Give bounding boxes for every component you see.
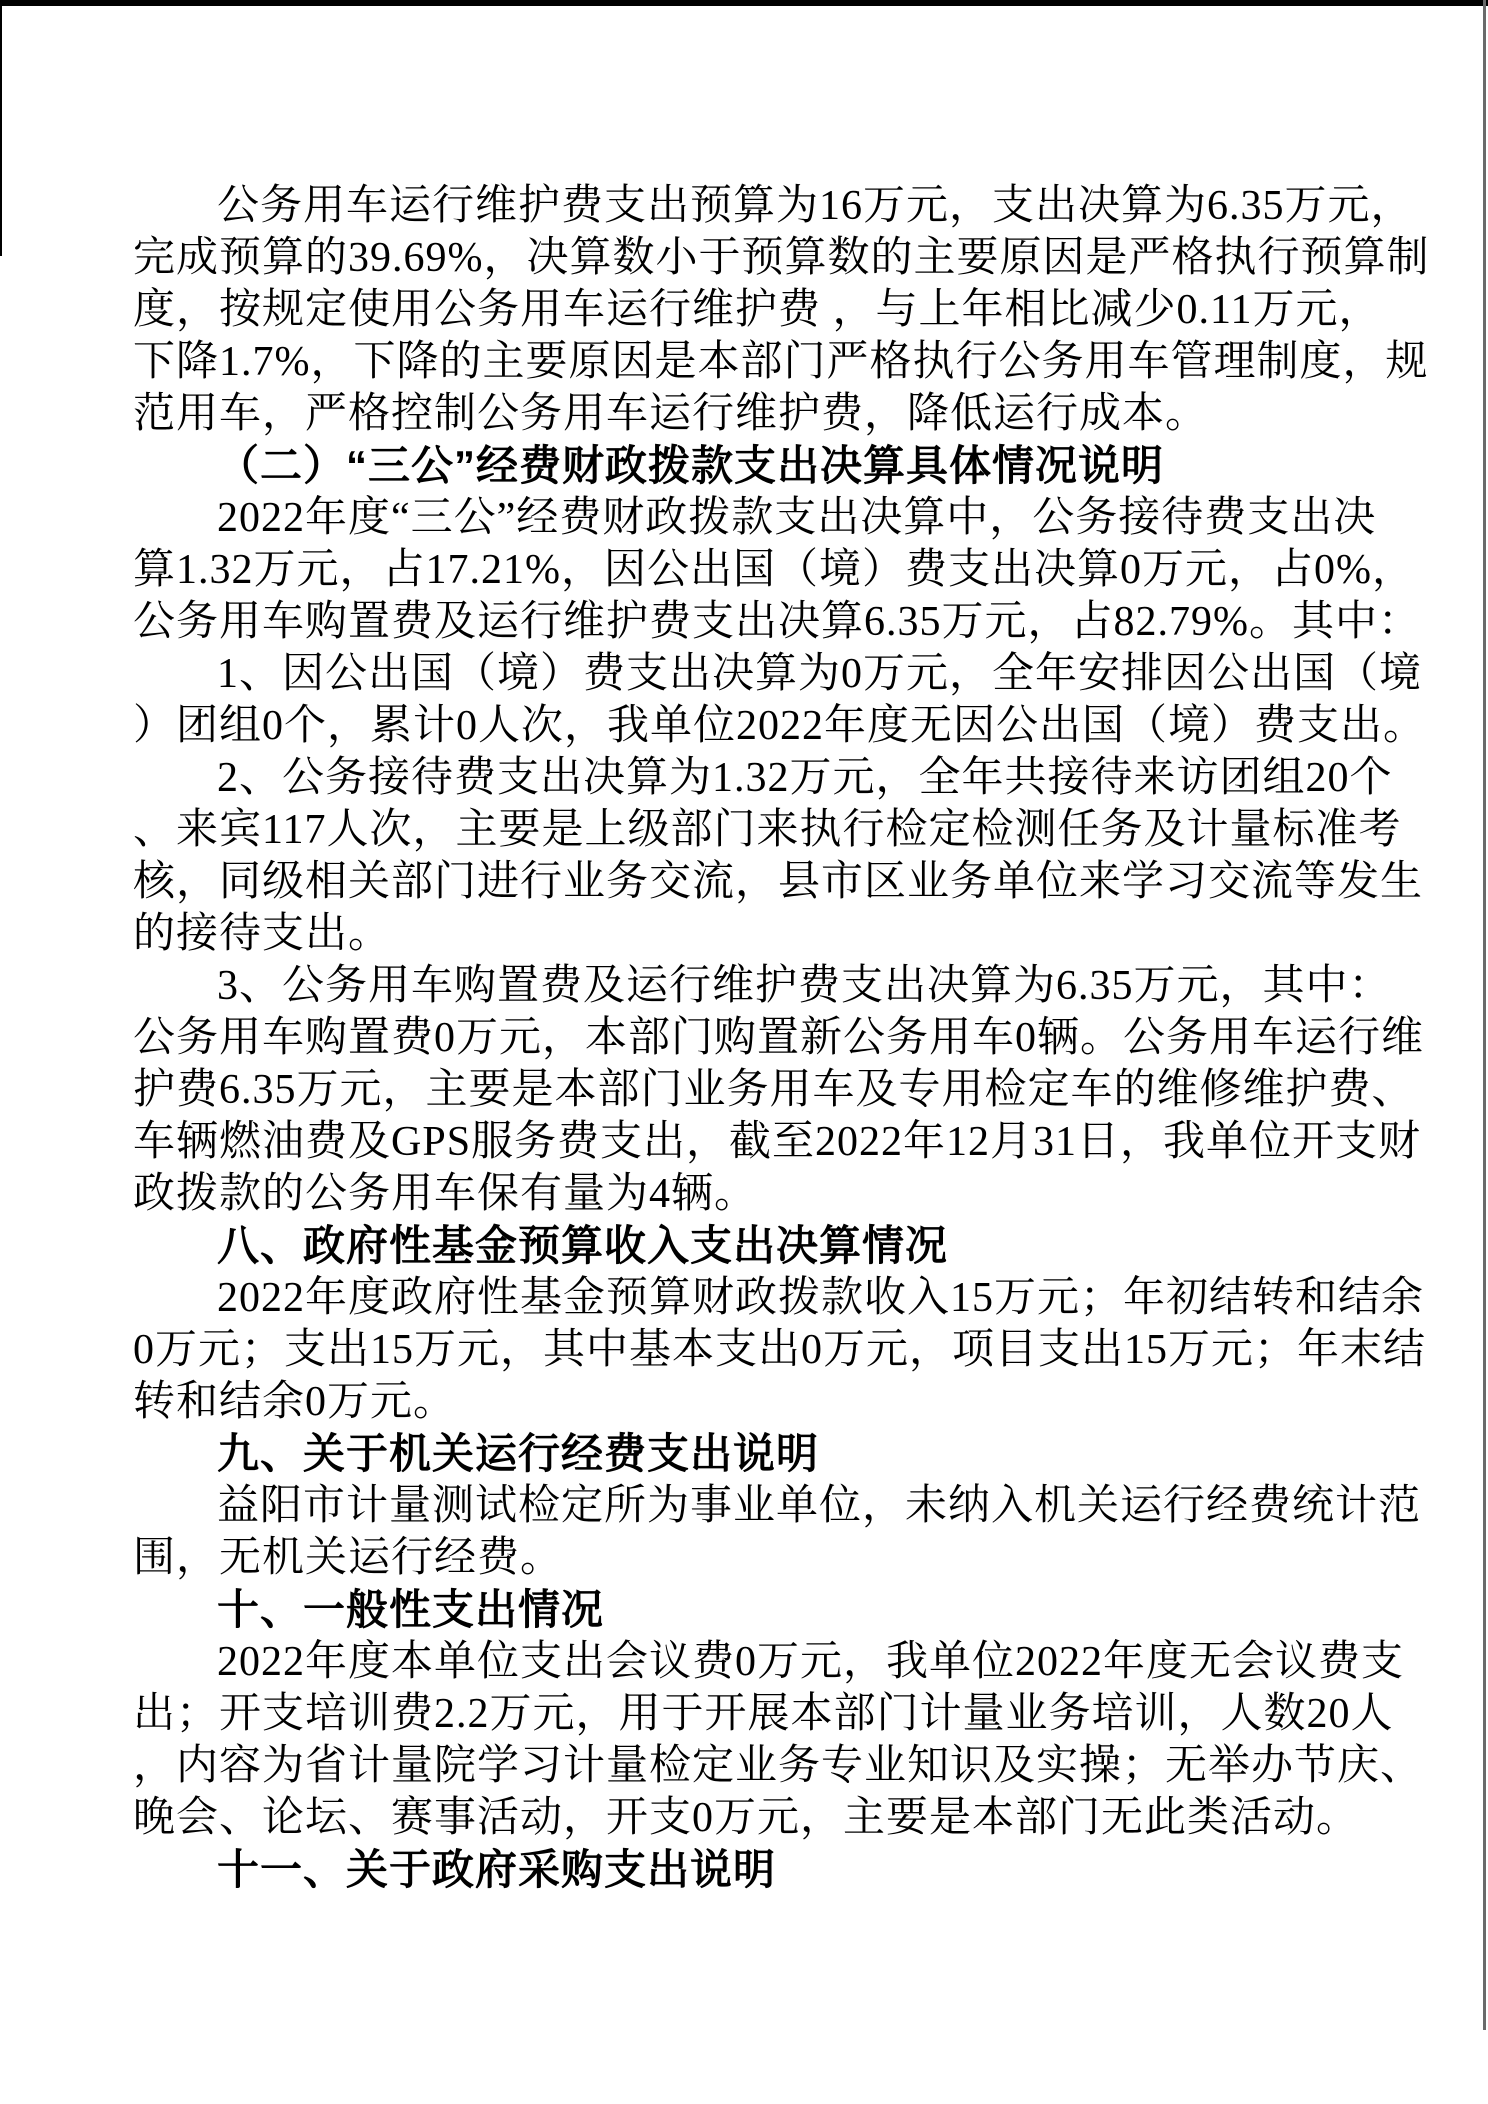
text-line: 公务用车购置费0万元，本部门购置新公务用车0辆。公务用车运行维 — [133, 1012, 1423, 1064]
section-heading: （二）“三公”经费财政拨款支出决算具体情况说明 — [133, 440, 1423, 492]
text-line: 车辆燃油费及GPS服务费支出，截至2022年12月31日，我单位开支财 — [133, 1116, 1423, 1168]
text-line: 出；开支培训费2.2万元，用于开展本部门计量业务培训，人数20人 — [133, 1688, 1423, 1740]
text-line: 3、公务用车购置费及运行维护费支出决算为6.35万元，其中： — [133, 960, 1423, 1012]
section-heading: 九、关于机关运行经费支出说明 — [133, 1428, 1423, 1480]
text-line: 的接待支出。 — [133, 908, 1423, 960]
scan-border-left — [0, 0, 2, 256]
text-line: 算1.32万元，占17.21%，因公出国（境）费支出决算0万元，占0%， — [133, 544, 1423, 596]
text-line: 围，无机关运行经费。 — [133, 1532, 1423, 1584]
text-line: 政拨款的公务用车保有量为4辆。 — [133, 1168, 1423, 1220]
text-line: 2022年度“三公”经费财政拨款支出决算中，公务接待费支出决 — [133, 492, 1423, 544]
scan-border-right — [1483, 0, 1486, 2030]
text-line: 1、因公出国（境）费支出决算为0万元，全年安排因公出国（境 — [133, 648, 1423, 700]
text-line: 、来宾117人次，主要是上级部门来执行检定检测任务及计量标准考 — [133, 804, 1423, 856]
text-line: 转和结余0万元。 — [133, 1376, 1423, 1428]
text-line: 2、公务接待费支出决算为1.32万元，全年共接待来访团组20个 — [133, 752, 1423, 804]
text-line: 护费6.35万元，主要是本部门业务用车及专用检定车的维修维护费、 — [133, 1064, 1423, 1116]
text-line: 公务用车运行维护费支出预算为16万元，支出决算为6.35万元， — [133, 180, 1423, 232]
text-line: 完成预算的39.69%，决算数小于预算数的主要原因是严格执行预算制 — [133, 232, 1423, 284]
text-line: 公务用车购置费及运行维护费支出决算6.35万元，占82.79%。其中： — [133, 596, 1423, 648]
text-line: ，内容为省计量院学习计量检定业务专业知识及实操；无举办节庆、 — [133, 1740, 1423, 1792]
text-line: 2022年度本单位支出会议费0万元，我单位2022年度无会议费支 — [133, 1636, 1423, 1688]
text-line: 0万元；支出15万元，其中基本支出0万元，项目支出15万元；年末结 — [133, 1324, 1423, 1376]
section-heading: 八、政府性基金预算收入支出决算情况 — [133, 1220, 1423, 1272]
text-line: 度，按规定使用公务用车运行维护费 ，与上年相比减少0.11万元， — [133, 284, 1423, 336]
text-line: 核，同级相关部门进行业务交流，县市区业务单位来学习交流等发生 — [133, 856, 1423, 908]
text-line: 2022年度政府性基金预算财政拨款收入15万元；年初结转和结余 — [133, 1272, 1423, 1324]
text-line: 下降1.7%，下降的主要原因是本部门严格执行公务用车管理制度，规 — [133, 336, 1423, 388]
text-line: 益阳市计量测试检定所为事业单位，未纳入机关运行经费统计范 — [133, 1480, 1423, 1532]
text-line: 晚会、论坛、赛事活动，开支0万元，主要是本部门无此类活动。 — [133, 1792, 1423, 1844]
scan-border-top — [0, 0, 1488, 6]
text-block: 公务用车运行维护费支出预算为16万元，支出决算为6.35万元，完成预算的39.6… — [133, 180, 1423, 1896]
text-line: 范用车，严格控制公务用车运行维护费，降低运行成本。 — [133, 388, 1423, 440]
section-heading: 十、一般性支出情况 — [133, 1584, 1423, 1636]
text-line: ）团组0个，累计0人次，我单位2022年度无因公出国（境）费支出。 — [133, 700, 1423, 752]
section-heading: 十一、关于政府采购支出说明 — [133, 1844, 1423, 1896]
document-page: 公务用车运行维护费支出预算为16万元，支出决算为6.35万元，完成预算的39.6… — [0, 0, 1488, 2104]
